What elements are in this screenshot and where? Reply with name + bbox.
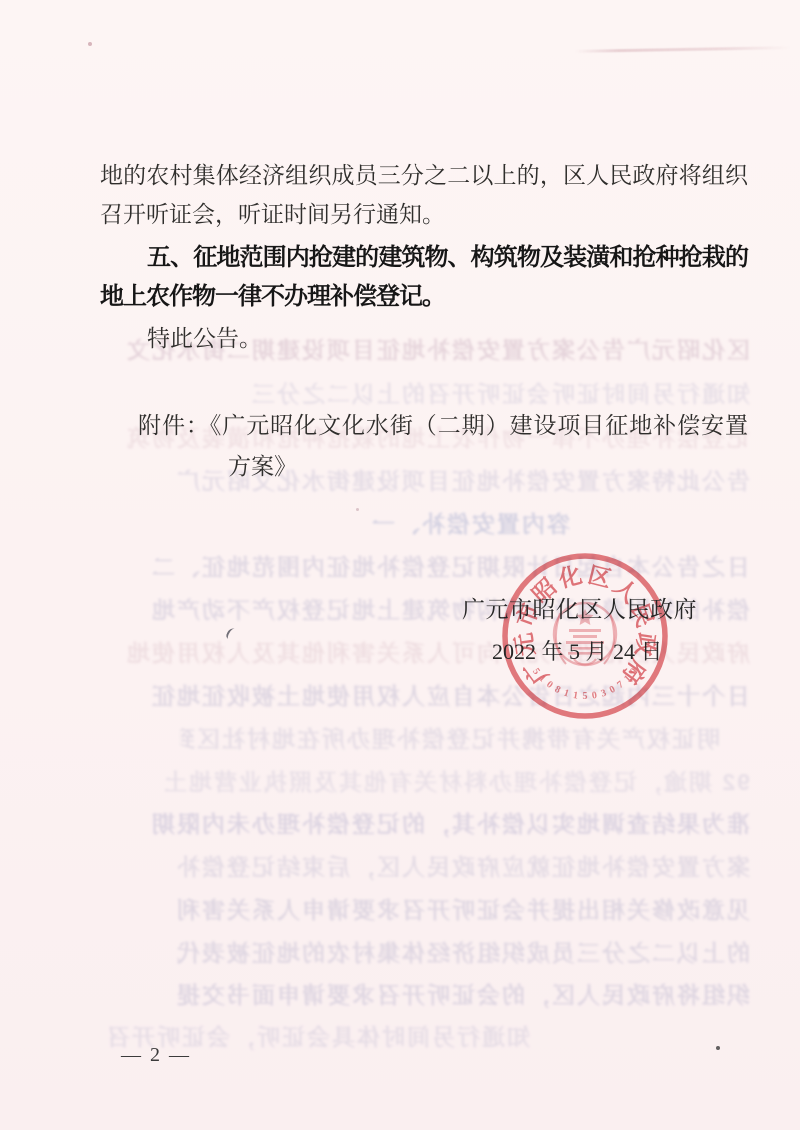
body-line-emphasis: 五、征地范围内抢建的建筑物、构筑物及装潢和抢种抢栽的 xyxy=(100,243,748,272)
svg-text:0: 0 xyxy=(591,690,598,702)
attachment-line: 附件：《广元昭化文化水街（二期）建设项目征地补偿安置 xyxy=(100,411,748,440)
page-number: — 2 — xyxy=(121,1044,191,1067)
paper-speck xyxy=(356,508,359,511)
issue-date: 2022 年 5 月 24 日 xyxy=(492,635,663,666)
svg-text:7: 7 xyxy=(615,679,626,691)
svg-text:5: 5 xyxy=(583,691,588,702)
body-line: 地的农村集体经济组织成员三分之二以上的，区人民政府将组织 xyxy=(100,161,748,190)
body-line: 特此公告。 xyxy=(100,324,748,353)
bleedthrough-line: 见意改修关相出提并会证听开召求要请申人系关害利 xyxy=(100,892,750,925)
svg-text:区: 区 xyxy=(585,562,613,592)
bleedthrough-line: 明证权产关有带携并记登偿补理办所在地村社区到前以 xyxy=(180,721,720,754)
issuer-signature: 广元市昭化区人民政府 xyxy=(462,591,697,624)
bleedthrough-line: 92 期逾，记登偿补理办料材关有他其及照执业营地土 xyxy=(100,764,750,797)
bleedthrough-line: 容内置安偿补、一 xyxy=(150,506,570,539)
svg-text:8: 8 xyxy=(553,684,562,696)
scratch-mark xyxy=(575,46,790,53)
svg-text:化: 化 xyxy=(555,561,585,592)
svg-text:0: 0 xyxy=(608,684,617,696)
document-page: 区化昭元广告公案方置安偿补地征目项设建期二街水化文 知通行另间时证听会证听开召的… xyxy=(0,0,800,1130)
bleedthrough-line: 织组将府政民人区，的会证听开召求要请申面书交提 xyxy=(100,977,750,1010)
body-line: 召开听证会，听证时间另行通知。 xyxy=(100,200,748,229)
attachment-line: 方案》 xyxy=(100,452,748,481)
bleedthrough-line: 准为果结查调地实以偿补其，的记登偿补理办未内限期 xyxy=(100,806,750,839)
svg-text:1: 1 xyxy=(572,690,579,702)
svg-text:3: 3 xyxy=(600,688,608,700)
bleedthrough-line: 的上以二之分三员成织组济经体集村农的地征被表代 xyxy=(100,935,750,968)
bleedthrough-line: 知通行另间时证听会证听开召的上以二之分三员成 xyxy=(250,376,750,409)
ink-speck xyxy=(716,1046,720,1050)
svg-text:1: 1 xyxy=(562,688,570,700)
bleedthrough-line: 案方置安偿补地征就应府政民人区，后束结记登偿补 xyxy=(100,849,750,882)
svg-text:0: 0 xyxy=(544,679,555,691)
body-line-emphasis: 地上农作物一律不办理补偿登记。 xyxy=(100,282,748,311)
paper-speck xyxy=(88,42,92,46)
